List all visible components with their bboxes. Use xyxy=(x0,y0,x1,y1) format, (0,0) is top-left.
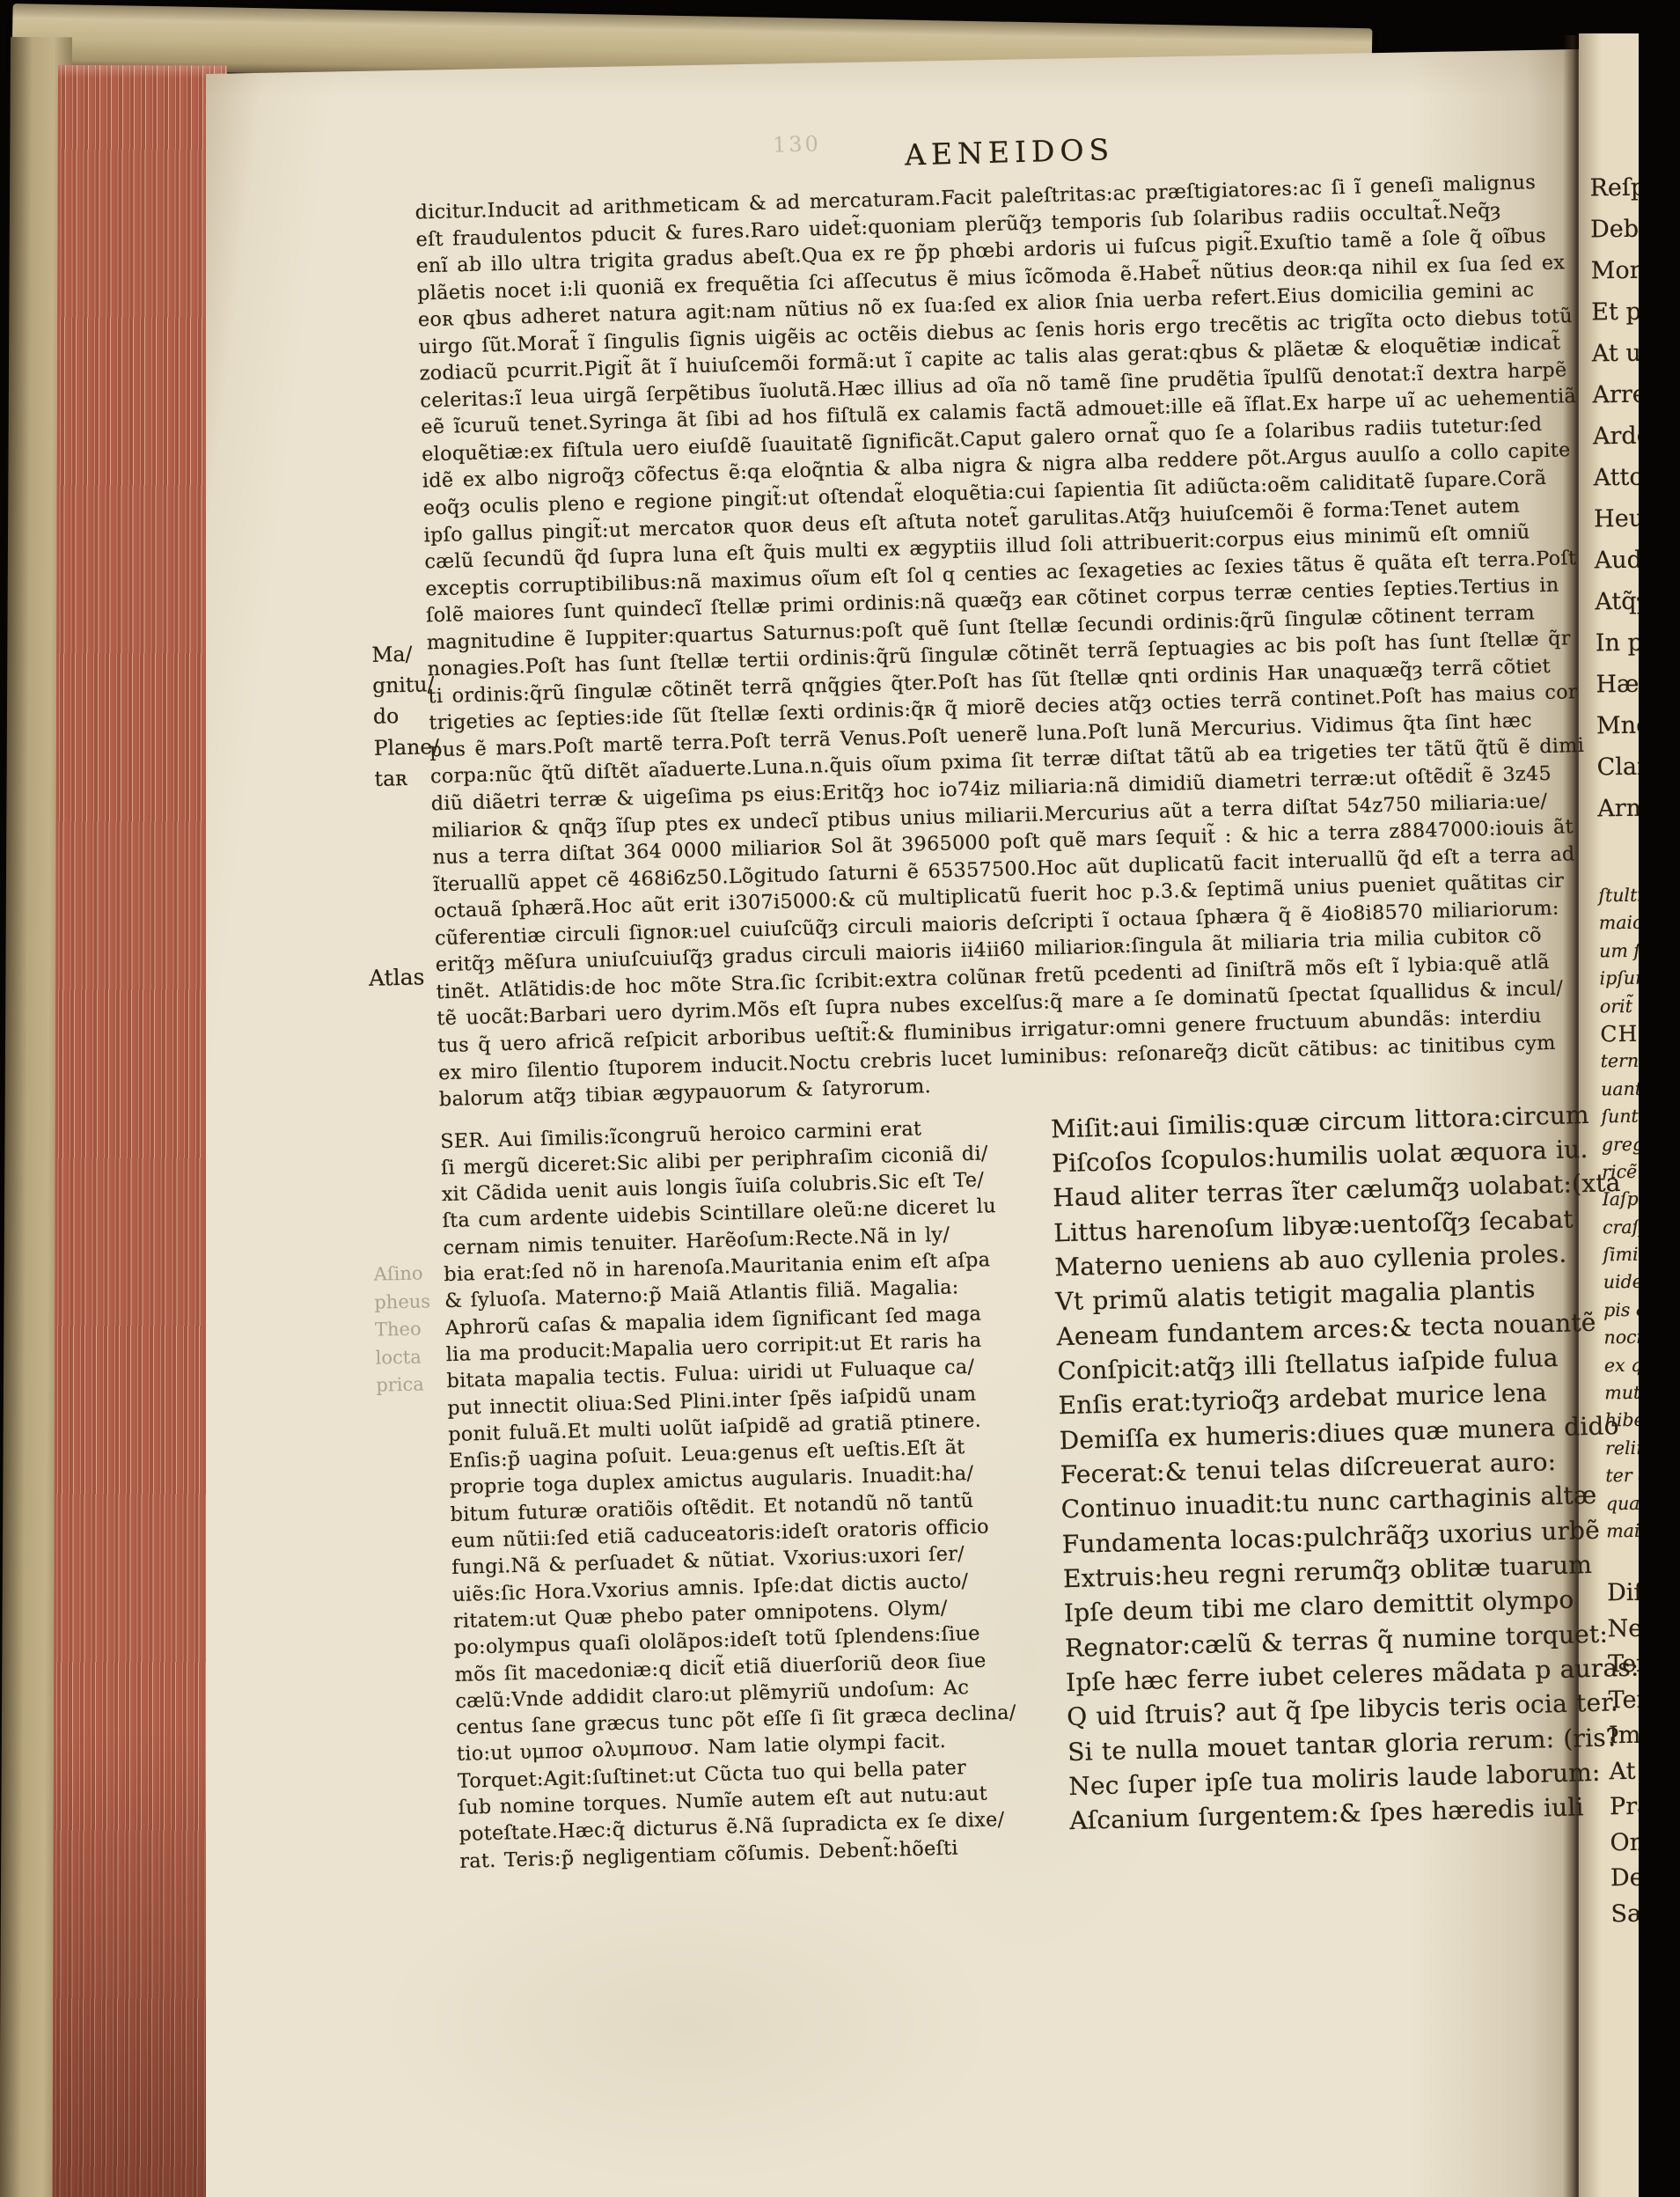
facing-verse-line: Heu qd xyxy=(1594,497,1639,540)
facing-commentary-line: maior ſit r xyxy=(1599,908,1639,937)
facing-commentary: ſtulti ẽ aliemaior ſit rum ſibi pipſum p… xyxy=(1598,881,1639,1546)
facing-commentary-line: ſunt ſimil xyxy=(1601,1102,1639,1131)
facing-verse-line: At regina xyxy=(1609,1752,1639,1789)
facing-verse-line: Neſciat: xyxy=(1607,1610,1639,1647)
facing-verse-line: Diſſimul xyxy=(1607,1575,1639,1612)
margin-note-magnitudo-planetarum: Ma/gnitu/doPlane/taʀ xyxy=(371,638,440,795)
two-column-section: SER. Aui ſimilis:ĩcongruũ heroico carmin… xyxy=(428,1098,1593,1875)
main-text-block: AENEIDOS dicitur.Inducit ad arithmeticam… xyxy=(401,117,1594,1875)
facing-verse-line: Mneſthe xyxy=(1596,704,1639,747)
facing-page-text: ReſpiceDebentMortaleEt procuAt ueroArrec… xyxy=(1588,0,1639,2)
facing-verse-line: Imperio xyxy=(1609,1717,1639,1754)
facing-verse-line: Præſenſi xyxy=(1610,1789,1639,1826)
facing-verse-line: Arma pa xyxy=(1597,787,1639,830)
full-width-commentary: dicitur.Inducit ad arithmeticam & ad mer… xyxy=(402,169,1573,1113)
showthrough-line: locta xyxy=(375,1343,431,1372)
facing-verse-line: Attonitu xyxy=(1593,456,1639,499)
margin-note-line: Ma/ xyxy=(371,638,437,671)
facing-verse-line: Ardet ab xyxy=(1593,415,1639,458)
facing-commentary-line: CHRI. xyxy=(1600,1019,1639,1048)
facing-commentary-line: mutuit:nã xyxy=(1604,1378,1639,1407)
facing-commentary-line: pis & fulu xyxy=(1603,1296,1639,1325)
facing-verse-line: Sæuit in xyxy=(1610,1895,1639,1932)
facing-commentary-line: uidet̃ de ru xyxy=(1603,1267,1639,1297)
showthrough-line: Theo xyxy=(375,1315,431,1344)
facing-commentary-line: craſſi colo xyxy=(1603,1213,1639,1242)
red-stained-fore-edge xyxy=(53,65,227,2197)
facing-commentary-line: ipſum pra xyxy=(1599,964,1639,993)
facing-commentary-line: terno auc xyxy=(1601,1047,1639,1076)
facing-commentary-line: qua diffide xyxy=(1606,1488,1639,1517)
facing-verse-line: Et procu xyxy=(1591,290,1639,334)
facing-verse-line: Reſpice xyxy=(1589,166,1639,209)
facing-verse-top: ReſpiceDebentMortaleEt procuAt ueroArrec… xyxy=(1589,166,1639,829)
facing-commentary-line: um ſibi p xyxy=(1599,937,1639,966)
facing-verse-line: Claſſem xyxy=(1596,746,1639,789)
showthrough-line: Aſino xyxy=(373,1260,429,1289)
facing-commentary-line: ter appetiti xyxy=(1605,1461,1639,1490)
facing-commentary-line: orit̃ ĩter d xyxy=(1600,991,1639,1020)
facing-verse-line: Debent xyxy=(1590,208,1639,251)
facing-page-text-clip: ReſpiceDebentMortaleEt procuAt ueroArrec… xyxy=(1579,0,1639,2197)
showthrough-line: pheus xyxy=(374,1288,430,1317)
facing-verse-bottom: DiſſimulNeſciat:TentaturTemporaImperioAt… xyxy=(1607,1575,1639,1933)
facing-commentary-line: uantẽ.i.fa xyxy=(1601,1075,1639,1104)
facing-verse-line: Hæc alte xyxy=(1596,663,1639,706)
facing-commentary-line: nocitura fa xyxy=(1603,1323,1639,1352)
facing-commentary-line: maiori arti xyxy=(1606,1517,1639,1546)
facing-commentary-line: Iaſpide: ia xyxy=(1602,1185,1639,1214)
facing-commentary-line: ſtulti ẽ alie xyxy=(1598,881,1639,910)
aeneid-verse-column: Miſit:aui ſimilis:quæ circum littora:cir… xyxy=(1051,1096,1644,1858)
margin-showthrough-note: AſinopheusTheoloctaprica xyxy=(373,1260,432,1400)
servius-commentary-column: SER. Aui ſimilis:ĩcongruũ heroico carmin… xyxy=(440,1113,1031,1875)
facing-verse-line: Detulit a xyxy=(1610,1860,1639,1897)
facing-commentary-line: hibet & co xyxy=(1605,1406,1639,1435)
facing-commentary-line: relinq̃re ſi xyxy=(1605,1434,1639,1463)
facing-verse-line: Tentatur xyxy=(1608,1646,1639,1683)
facing-verse-line: Tempora xyxy=(1608,1681,1639,1718)
facing-verse-line: Atq̃ȝ aiu xyxy=(1595,580,1639,623)
facing-verse-line: In parteſ xyxy=(1596,621,1639,665)
margin-note-line: taʀ xyxy=(374,762,440,795)
facing-verse-line: Arrectæ xyxy=(1592,373,1639,416)
facing-verse-line: Omnia t xyxy=(1610,1824,1639,1861)
facing-commentary-line: ex quo cor xyxy=(1604,1351,1639,1380)
facing-verse-line: Mortale xyxy=(1590,249,1639,292)
facing-commentary-line: ricẽ p̃ pur xyxy=(1602,1157,1639,1187)
facing-verse-line: At uero xyxy=(1592,332,1639,375)
margin-note-line: gnitu/ xyxy=(372,669,438,702)
facing-commentary-line: gregant̃ u xyxy=(1602,1129,1639,1158)
margin-note-line: Plane/ xyxy=(373,731,439,764)
facing-commentary-line: ſimilis e pe xyxy=(1603,1240,1639,1269)
book-photo: 130 AENEIDOS dicitur.Inducit ad arithmet… xyxy=(0,0,1680,2197)
showthrough-line: prica xyxy=(376,1370,432,1400)
margin-note-atlas: Atlas xyxy=(369,964,425,990)
margin-note-line: do xyxy=(373,701,439,733)
facing-verse-line: Audeat xyxy=(1594,539,1639,582)
